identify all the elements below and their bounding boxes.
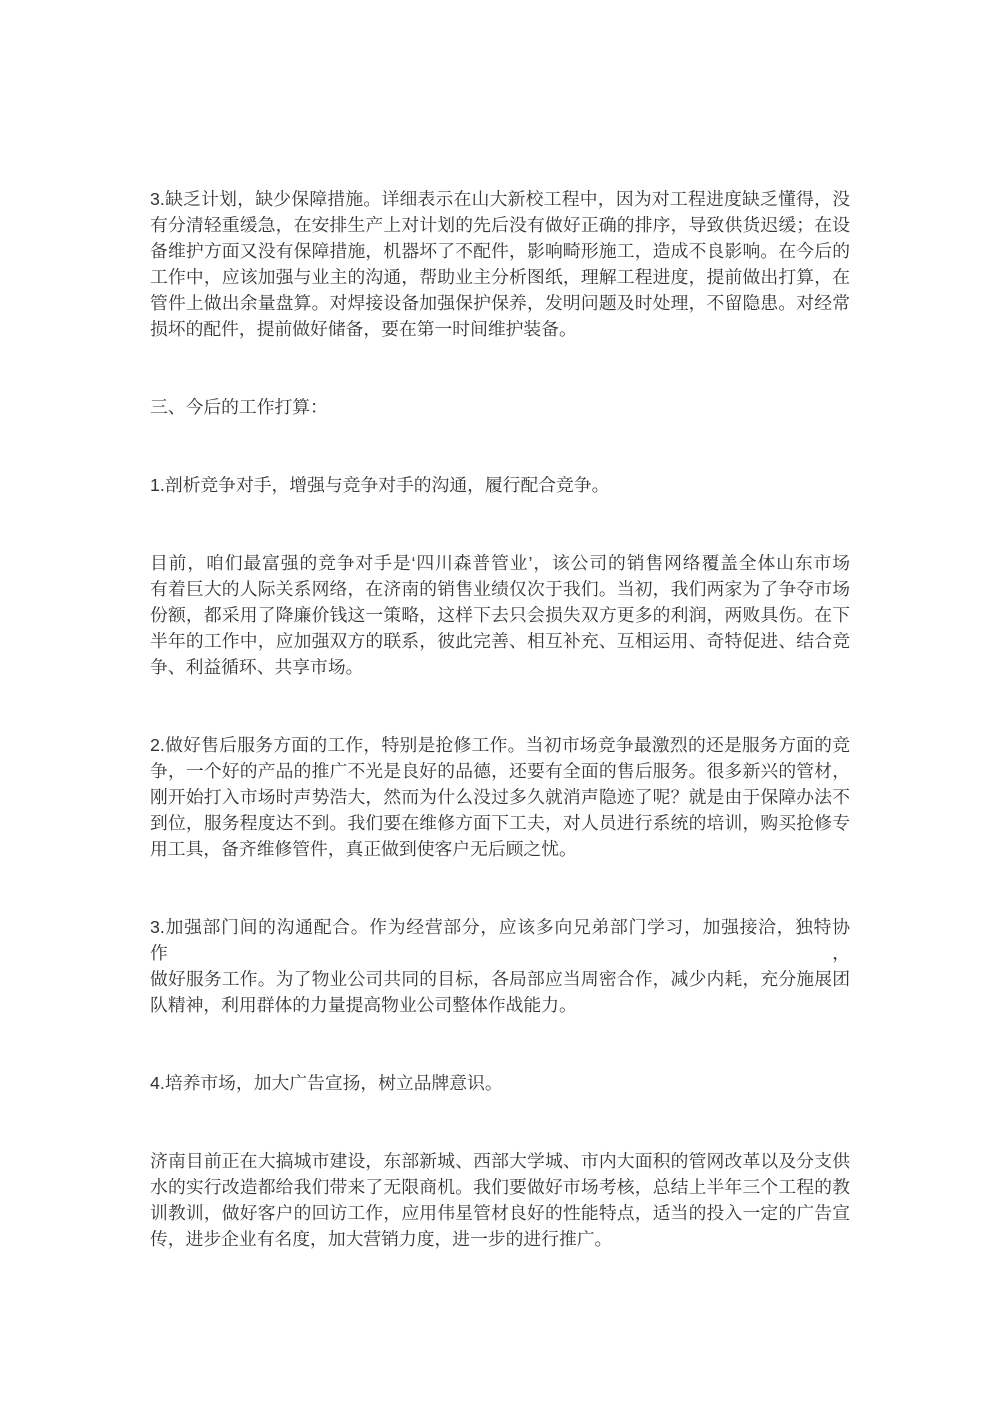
text-line: 损坏的配件，提前做好储备，要在第一时间维护装备。 bbox=[150, 316, 850, 342]
document-content: 3.缺乏计划，缺少保障措施。详细表示在山大新校工程中，因为对工程进度缺乏懂得，没… bbox=[150, 186, 850, 1252]
text-line: 4.培养市场，加大广告宣扬，树立品牌意识。 bbox=[150, 1070, 850, 1096]
item-3-lack-of-planning: 3.缺乏计划，缺少保障措施。详细表示在山大新校工程中，因为对工程进度缺乏懂得，没… bbox=[150, 186, 850, 342]
text-line: 管件上做出余量盘算。对焊接设备加强保护保养，发明问题及时处理，不留隐患。对经常 bbox=[150, 290, 850, 316]
text-line: 水的实行改造都给我们带来了无限商机。我们要做好市场考核，总结上半年三个工程的教 bbox=[150, 1174, 850, 1200]
text-line: 3.加强部门间的沟通配合。作为经营部分，应该多向兄弟部门学习，加强接洽，独特协作… bbox=[150, 914, 850, 966]
text-line: 争、利益循环、共享市场。 bbox=[150, 654, 850, 680]
plan-item-3-interdepartment-cooperation: 3.加强部门间的沟通配合。作为经营部分，应该多向兄弟部门学习，加强接洽，独特协作… bbox=[150, 914, 850, 1018]
text-line: 济南目前正在大搞城市建设，东部新城、西部大学城、市内大面积的管网改革以及分支供 bbox=[150, 1148, 850, 1174]
text-line: 传，进步企业有名度，加大营销力度，进一步的进行推广。 bbox=[150, 1226, 850, 1252]
text-line: 做好服务工作。为了物业公司共同的目标，各局部应当周密合作，减少内耗，充分施展团 bbox=[150, 966, 850, 992]
text-line: 刚开始打入市场时声势浩大，然而为什么没过多久就消声隐迹了呢？就是由于保障办法不 bbox=[150, 784, 850, 810]
text-line: 1.剖析竞争对手，增强与竞争对手的沟通，履行配合竞争。 bbox=[150, 472, 850, 498]
document-page: 3.缺乏计划，缺少保障措施。详细表示在山大新校工程中，因为对工程进度缺乏懂得，没… bbox=[0, 0, 1000, 1415]
text-line: 用工具，备齐维修管件，真正做到使客户无后顾之忧。 bbox=[150, 836, 850, 862]
text-line: 半年的工作中，应加强双方的联系，彼此完善、相互补充、互相运用、奇特促进、结合竞 bbox=[150, 628, 850, 654]
section-heading-future-work-plan: 三、今后的工作打算： bbox=[150, 394, 850, 420]
competitor-detail-paragraph: 目前，咱们最富强的竞争对手是‘四川森普管业’，该公司的销售网络覆盖全体山东市场有… bbox=[150, 550, 850, 680]
text-line: 争，一个好的产品的推广不光是良好的品德，还要有全面的售后服务。很多新兴的管材， bbox=[150, 758, 850, 784]
text-line: 队精神，利用群体的力量提高物业公司整体作战能力。 bbox=[150, 992, 850, 1018]
text-line: 备维护方面又没有保障措施，机器坏了不配件，影响畸形施工，造成不良影响。在今后的 bbox=[150, 238, 850, 264]
plan-item-4-cultivate-market: 4.培养市场，加大广告宣扬，树立品牌意识。 bbox=[150, 1070, 850, 1096]
text-line: 训教训，做好客户的回访工作，应用伟星管材良好的性能特点，适当的投入一定的广告宣 bbox=[150, 1200, 850, 1226]
text-line: 工作中，应该加强与业主的沟通，帮助业主分析图纸，理解工程进度，提前做出打算，在 bbox=[150, 264, 850, 290]
jinan-market-opportunity-paragraph: 济南目前正在大搞城市建设，东部新城、西部大学城、市内大面积的管网改革以及分支供水… bbox=[150, 1148, 850, 1252]
plan-item-1-analyze-competitors: 1.剖析竞争对手，增强与竞争对手的沟通，履行配合竞争。 bbox=[150, 472, 850, 498]
text-line: 3.缺乏计划，缺少保障措施。详细表示在山大新校工程中，因为对工程进度缺乏懂得，没 bbox=[150, 186, 850, 212]
text-line: 目前，咱们最富强的竞争对手是‘四川森普管业’，该公司的销售网络覆盖全体山东市场 bbox=[150, 550, 850, 576]
text-line: 三、今后的工作打算： bbox=[150, 394, 850, 420]
plan-item-2-after-sales-service: 2.做好售后服务方面的工作，特别是抢修工作。当初市场竞争最激烈的还是服务方面的竞… bbox=[150, 732, 850, 862]
text-line: 到位，服务程度达不到。我们要在维修方面下工夫，对人员进行系统的培训，购买抢修专 bbox=[150, 810, 850, 836]
text-line: 有分清轻重缓急，在安排生产上对计划的先后没有做好正确的排序，导致供货迟缓；在设 bbox=[150, 212, 850, 238]
text-line: 有着巨大的人际关系网络，在济南的销售业绩仅次于我们。当初，我们两家为了争夺市场 bbox=[150, 576, 850, 602]
text-line: 2.做好售后服务方面的工作，特别是抢修工作。当初市场竞争最激烈的还是服务方面的竞 bbox=[150, 732, 850, 758]
text-line: 份额，都采用了降廉价钱这一策略，这样下去只会损失双方更多的利润，两败具伤。在下 bbox=[150, 602, 850, 628]
